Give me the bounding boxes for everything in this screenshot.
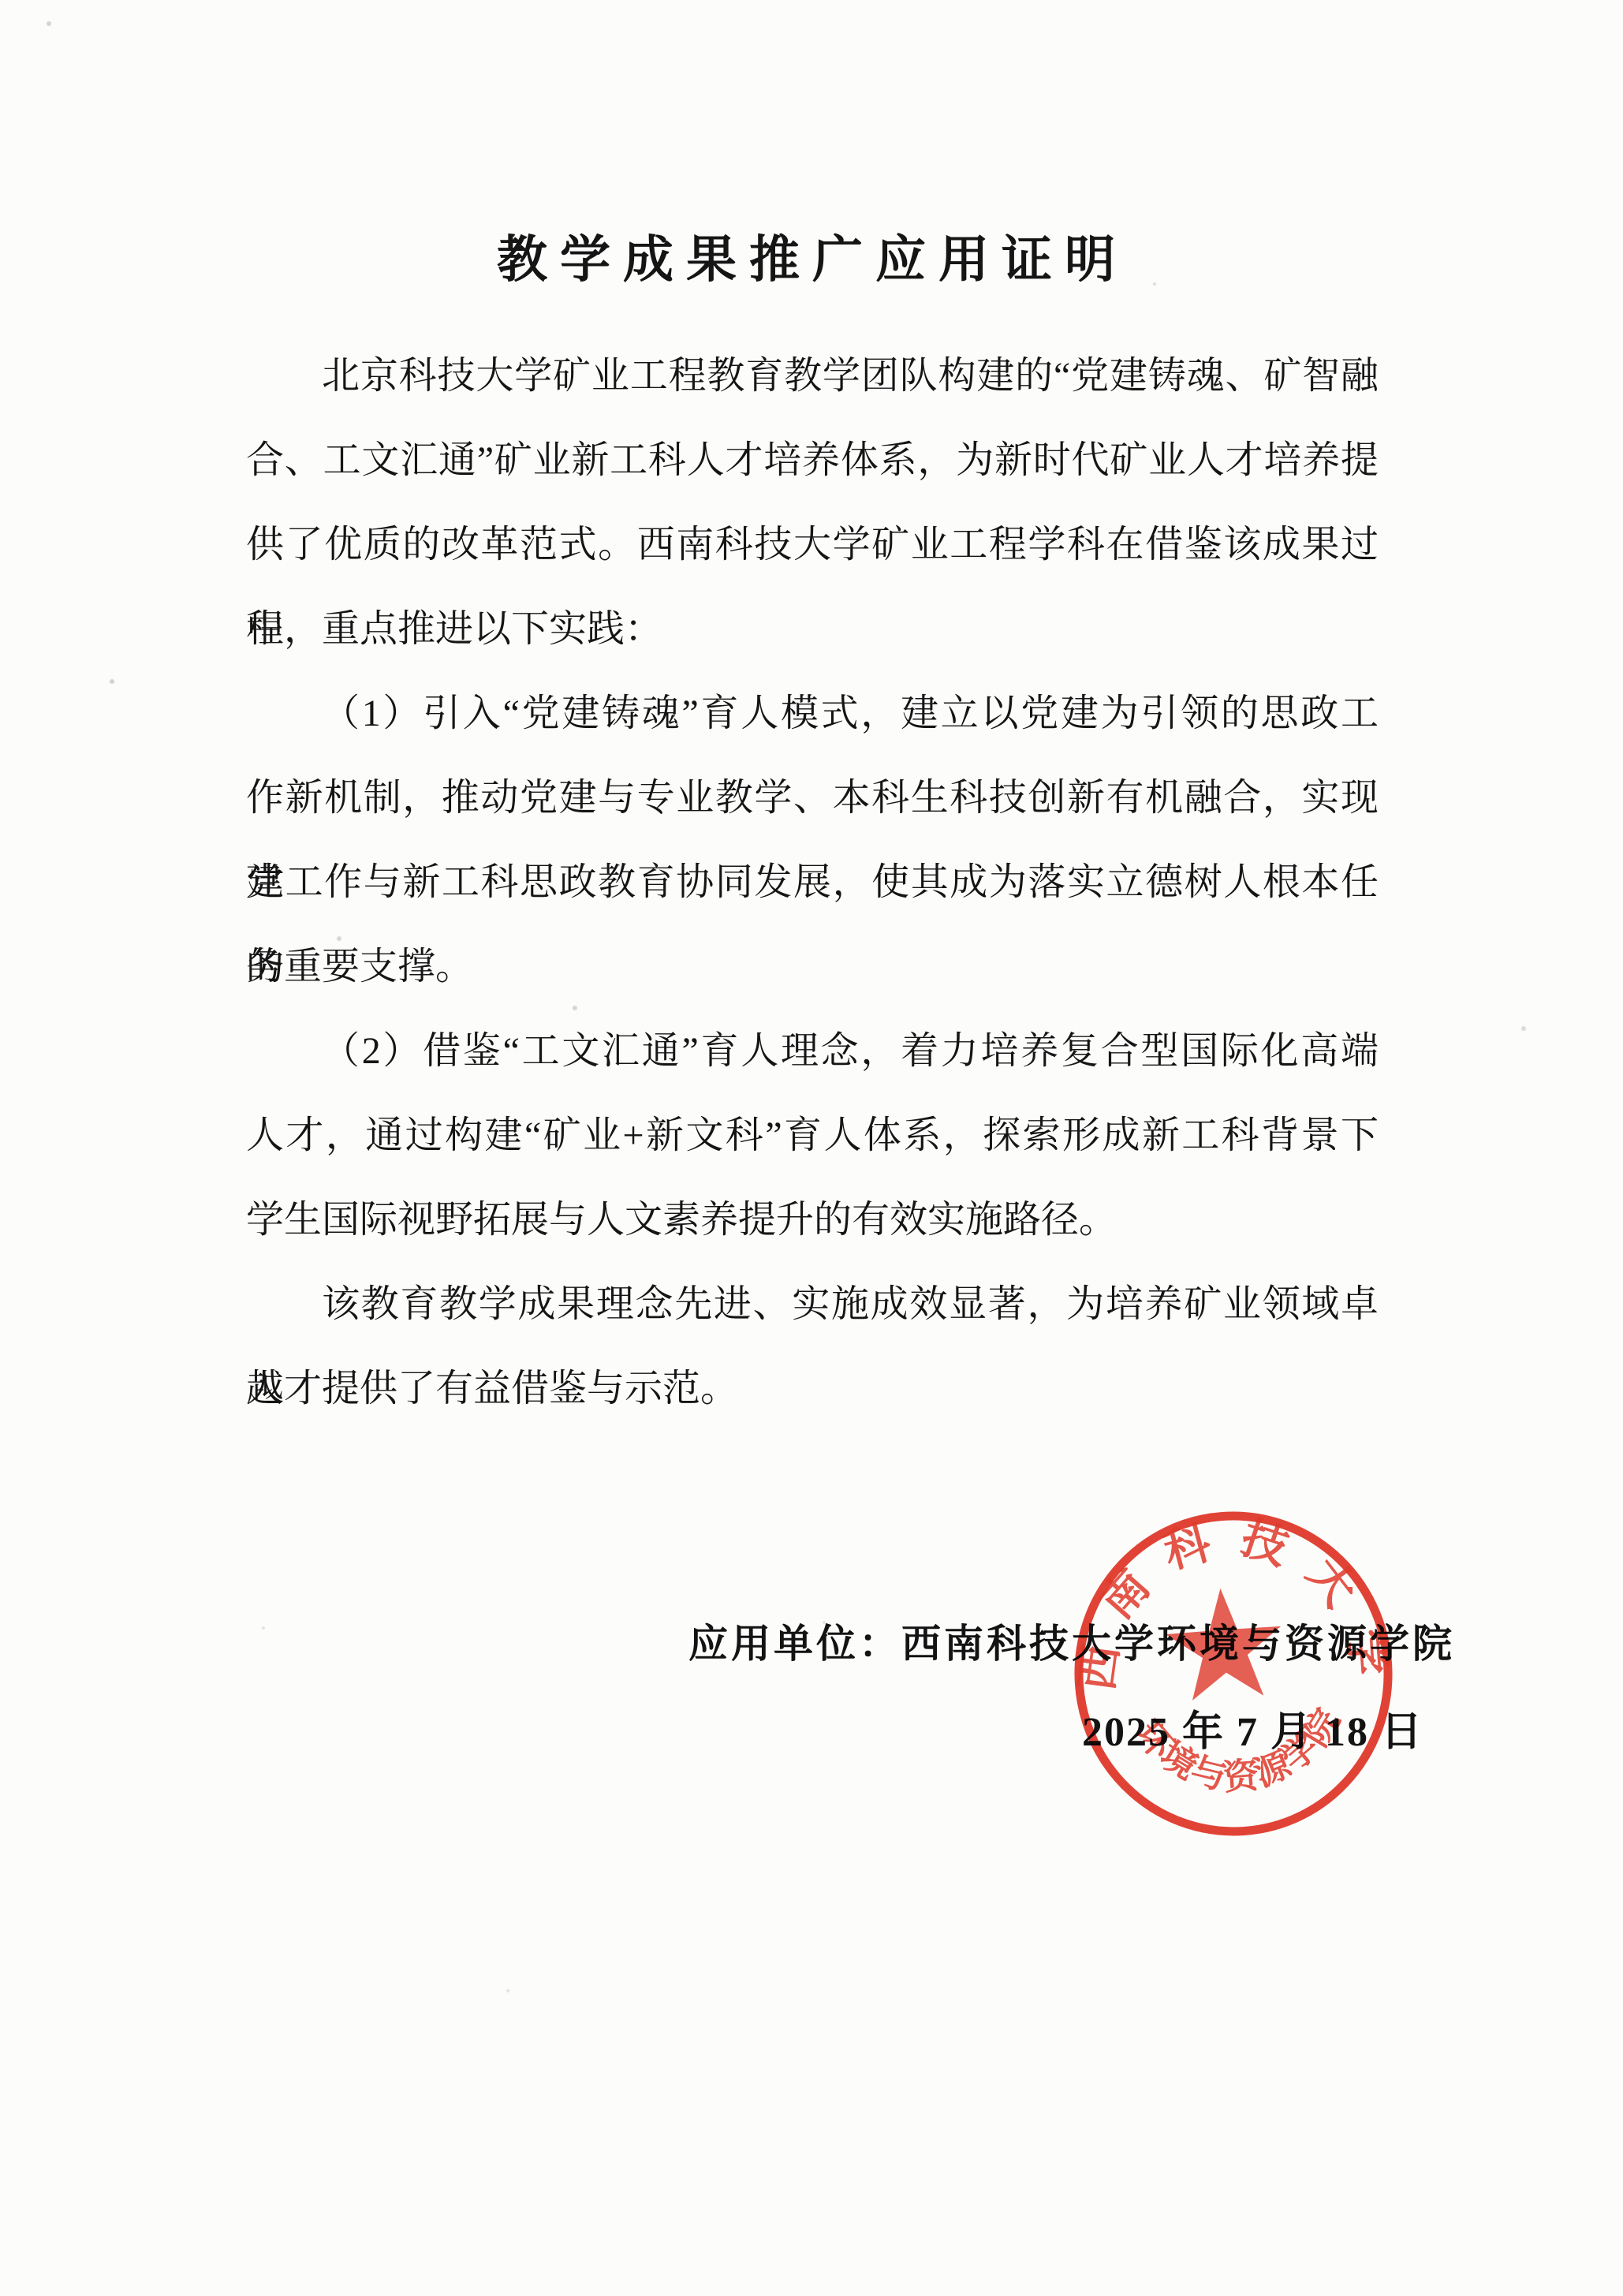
seal-university-text: 西南科技大学 xyxy=(1059,1500,1394,1719)
body-line: （2）借鉴“工文汇通”育人理念，着力培养复合型国际化高端 xyxy=(246,1009,1379,1093)
body-line: 北京科技大学矿业工程教育教学团队构建的“党建铸魂、矿智融 xyxy=(246,334,1379,418)
body-line: 的重要支撑。 xyxy=(246,924,1379,1009)
seal-ring xyxy=(1069,1506,1399,1842)
body-line: 该教育教学成果理念先进、实施成效显著，为培养矿业领域卓越 xyxy=(246,1262,1379,1346)
body-line: 建工作与新工科思政教育协同发展，使其成为落实立德树人根本任务 xyxy=(246,840,1379,924)
body-line: 人才提供了有益借鉴与示范。 xyxy=(246,1346,1379,1431)
certificate-page: 教学成果推广应用证明 北京科技大学矿业工程教育教学团队构建的“党建铸魂、矿智融 … xyxy=(0,0,1623,2296)
body-line: 作新机制，推动党建与专业教学、本科生科技创新有机融合，实现党 xyxy=(246,756,1379,840)
body-line: 供了优质的改革范式。西南科技大学矿业工程学科在借鉴该成果过程 xyxy=(246,502,1379,587)
applicant-line: 应用单位：西南科技大学环境与资源学院 xyxy=(688,1622,1455,1666)
date-line: 2025 年 7 月 18 日 xyxy=(1082,1709,1423,1757)
body-line: 中，重点推进以下实践： xyxy=(246,587,1379,671)
seal-graphic: 西南科技大学 环境与资源学院 xyxy=(1057,1497,1410,1850)
document-title: 教学成果推广应用证明 xyxy=(246,219,1379,292)
body-line: 学生国际视野拓展与人文素养提升的有效实施路径。 xyxy=(246,1178,1379,1262)
body-line: 人才，通过构建“矿业+新文科”育人体系，探索形成新工科背景下 xyxy=(246,1093,1379,1178)
seal-university-textpath: 西南科技大学 xyxy=(1059,1500,1394,1719)
document-body: 北京科技大学矿业工程教育教学团队构建的“党建铸魂、矿智融 合、工文汇通”矿业新工… xyxy=(246,334,1379,1431)
body-line: （1）引入“党建铸魂”育人模式，建立以党建为引领的思政工 xyxy=(246,671,1379,756)
scan-noise xyxy=(0,0,3,3)
body-line: 合、工文汇通”矿业新工科人才培养体系，为新时代矿业人才培养提 xyxy=(246,418,1379,502)
official-seal: 西南科技大学 环境与资源学院 xyxy=(1057,1497,1410,1850)
